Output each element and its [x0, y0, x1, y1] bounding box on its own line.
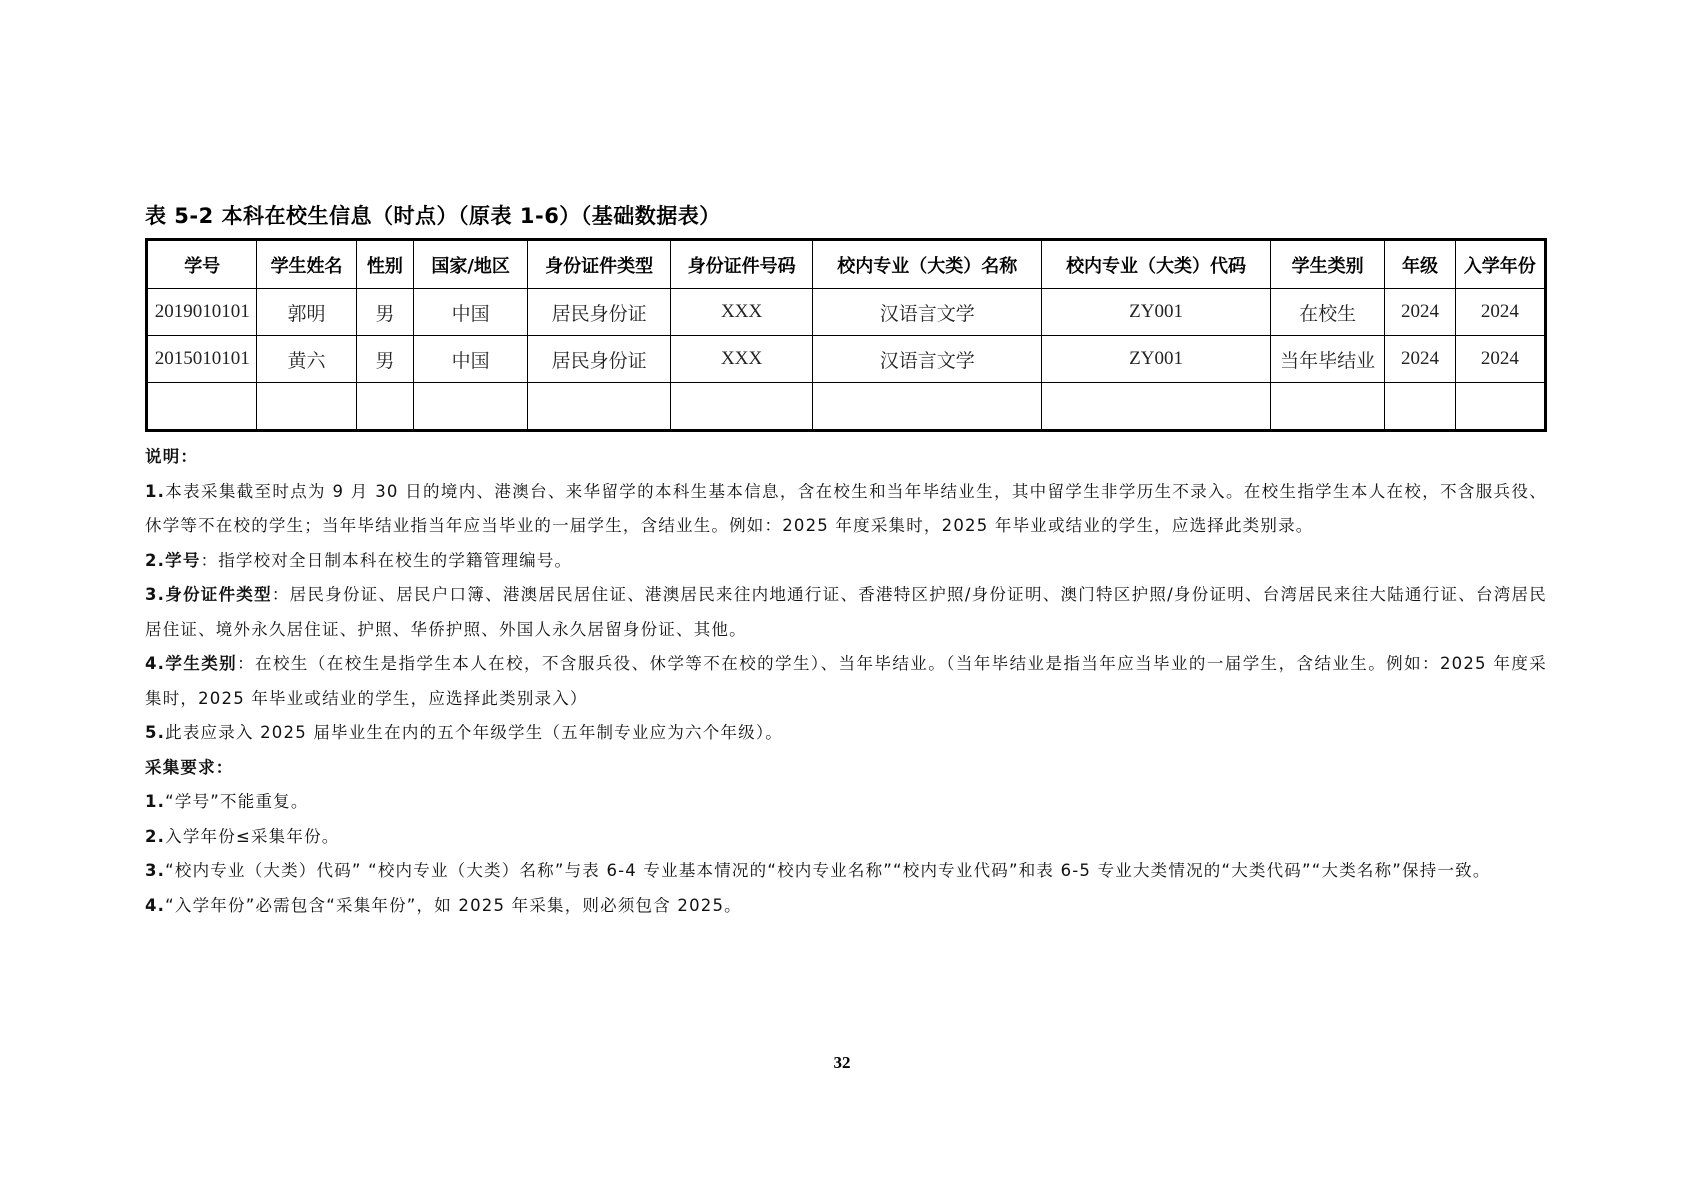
cell-id-number: XXX: [670, 289, 813, 336]
cell-enrollment-year: [1455, 383, 1545, 431]
requirement-text: “校内专业（大类）代码” “校内专业（大类）名称”与表 6-4 专业基本情况的“…: [165, 861, 1490, 880]
student-info-table: 学号 学生姓名 性别 国家/地区 身份证件类型 身份证件号码 校内专业（大类）名…: [145, 238, 1547, 432]
cell-enrollment-year: 2024: [1455, 289, 1545, 336]
note-term: 学生类别: [165, 654, 237, 673]
notes-heading: 说明：: [145, 440, 1547, 475]
note-text: ：居民身份证、居民户口簿、港澳居民居住证、港澳居民来往内地通行证、香港特区护照/…: [145, 585, 1547, 639]
cell-country-region: 中国: [413, 289, 527, 336]
cell-grade: 2024: [1385, 336, 1455, 383]
requirements-heading: 采集要求：: [145, 751, 1547, 786]
header-enrollment-year: 入学年份: [1455, 240, 1545, 289]
note-item: 5.此表应录入 2025 届毕业生在内的五个年级学生（五年制专业应为六个年级）。: [145, 716, 1547, 751]
cell-student-name: 郭明: [257, 289, 356, 336]
note-term: 学号: [165, 551, 200, 570]
cell-student-id: 2019010101: [147, 289, 257, 336]
notes-section: 说明： 1.本表采集截至时点为 9 月 30 日的境内、港澳台、来华留学的本科生…: [145, 440, 1547, 923]
requirement-text: 入学年份≤采集年份。: [165, 827, 339, 846]
cell-student-id: [147, 383, 257, 431]
cell-id-type: [528, 383, 671, 431]
requirement-item: 2.入学年份≤采集年份。: [145, 820, 1547, 855]
cell-major-code: ZY001: [1042, 336, 1271, 383]
cell-country-region: 中国: [413, 336, 527, 383]
requirement-item: 1.“学号”不能重复。: [145, 785, 1547, 820]
requirement-text: “入学年份”必需包含“采集年份”，如 2025 年采集，则必须包含 2025。: [165, 896, 742, 915]
cell-id-type: 居民身份证: [528, 336, 671, 383]
cell-id-number: XXX: [670, 336, 813, 383]
note-number: 2.: [145, 551, 165, 570]
note-text: 此表应录入 2025 届毕业生在内的五个年级学生（五年制专业应为六个年级）。: [165, 723, 783, 742]
note-number: 4.: [145, 654, 165, 673]
table-row: 2019010101 郭明 男 中国 居民身份证 XXX 汉语言文学 ZY001…: [147, 289, 1546, 336]
note-item: 2.学号：指学校对全日制本科在校生的学籍管理编号。: [145, 544, 1547, 579]
cell-country-region: [413, 383, 527, 431]
note-item: 1.本表采集截至时点为 9 月 30 日的境内、港澳台、来华留学的本科生基本信息…: [145, 475, 1547, 544]
note-text: ：指学校对全日制本科在校生的学籍管理编号。: [201, 551, 573, 570]
cell-student-id: 2015010101: [147, 336, 257, 383]
cell-gender: 男: [356, 336, 413, 383]
requirement-item: 4.“入学年份”必需包含“采集年份”，如 2025 年采集，则必须包含 2025…: [145, 889, 1547, 924]
header-student-category: 学生类别: [1270, 240, 1384, 289]
header-major-code: 校内专业（大类）代码: [1042, 240, 1271, 289]
header-grade: 年级: [1385, 240, 1455, 289]
cell-enrollment-year: 2024: [1455, 336, 1545, 383]
note-item: 4.学生类别：在校生（在校生是指学生本人在校，不含服兵役、休学等不在校的学生）、…: [145, 647, 1547, 716]
header-major-name: 校内专业（大类）名称: [813, 240, 1042, 289]
requirement-number: 3.: [145, 861, 165, 880]
requirement-number: 2.: [145, 827, 165, 846]
cell-major-name: [813, 383, 1042, 431]
table-row: 2015010101 黄六 男 中国 居民身份证 XXX 汉语言文学 ZY001…: [147, 336, 1546, 383]
cell-major-name: 汉语言文学: [813, 336, 1042, 383]
cell-major-code: [1042, 383, 1271, 431]
cell-student-category: 在校生: [1270, 289, 1384, 336]
cell-grade: 2024: [1385, 289, 1455, 336]
note-text: ：在校生（在校生是指学生本人在校，不含服兵役、休学等不在校的学生）、当年毕结业。…: [145, 654, 1547, 708]
page-title: 表 5-2 本科在校生信息（时点）（原表 1-6）（基础数据表）: [145, 200, 721, 230]
cell-major-name: 汉语言文学: [813, 289, 1042, 336]
cell-student-category: 当年毕结业: [1270, 336, 1384, 383]
cell-major-code: ZY001: [1042, 289, 1271, 336]
table-header-row: 学号 学生姓名 性别 国家/地区 身份证件类型 身份证件号码 校内专业（大类）名…: [147, 240, 1546, 289]
note-number: 3.: [145, 585, 165, 604]
cell-student-category: [1270, 383, 1384, 431]
table-row-empty: [147, 383, 1546, 431]
cell-id-number: [670, 383, 813, 431]
note-item: 3.身份证件类型：居民身份证、居民户口簿、港澳居民居住证、港澳居民来往内地通行证…: [145, 578, 1547, 647]
header-student-id: 学号: [147, 240, 257, 289]
header-student-name: 学生姓名: [257, 240, 356, 289]
header-country-region: 国家/地区: [413, 240, 527, 289]
cell-gender: 男: [356, 289, 413, 336]
requirement-item: 3.“校内专业（大类）代码” “校内专业（大类）名称”与表 6-4 专业基本情况…: [145, 854, 1547, 889]
note-text: 本表采集截至时点为 9 月 30 日的境内、港澳台、来华留学的本科生基本信息，含…: [145, 482, 1547, 536]
cell-student-name: 黄六: [257, 336, 356, 383]
cell-gender: [356, 383, 413, 431]
cell-id-type: 居民身份证: [528, 289, 671, 336]
page-number: 32: [0, 1053, 1684, 1073]
cell-grade: [1385, 383, 1455, 431]
cell-student-name: [257, 383, 356, 431]
header-gender: 性别: [356, 240, 413, 289]
note-number: 5.: [145, 723, 165, 742]
requirement-number: 1.: [145, 792, 165, 811]
requirement-text: “学号”不能重复。: [165, 792, 308, 811]
requirement-number: 4.: [145, 896, 165, 915]
note-number: 1.: [145, 482, 165, 501]
header-id-type: 身份证件类型: [528, 240, 671, 289]
header-id-number: 身份证件号码: [670, 240, 813, 289]
note-term: 身份证件类型: [165, 585, 272, 604]
